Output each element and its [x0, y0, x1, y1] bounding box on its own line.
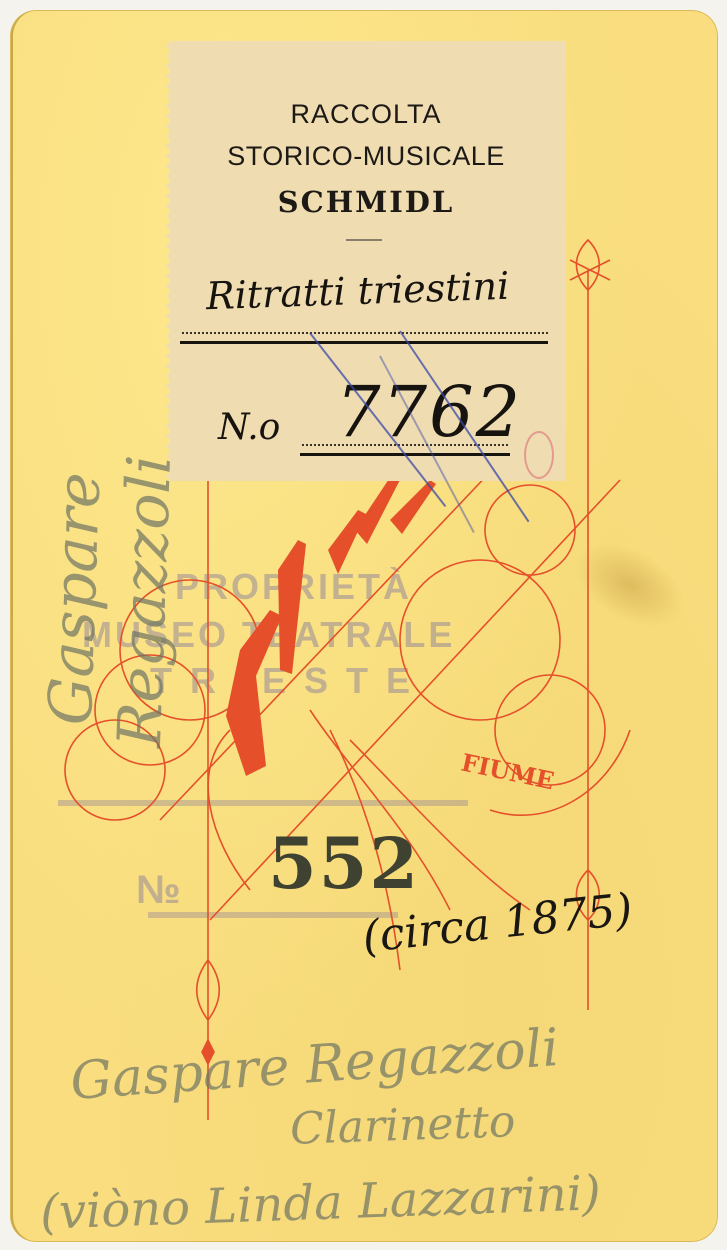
- series-dotted-rule: [182, 332, 548, 334]
- label-number-prefix: N.o: [218, 407, 280, 448]
- pencil-instrument: Clarinetto: [289, 1096, 516, 1155]
- label-line1: RACCOLTA: [166, 99, 566, 130]
- imprint-city: FIUME: [459, 748, 557, 796]
- pink-mark: [524, 431, 554, 479]
- collection-label: RACCOLTA STORICO-MUSICALE SCHMIDL Ritrat…: [166, 41, 566, 481]
- vertical-pencil-name: Gaspare Regazzoli: [31, 348, 188, 853]
- label-line2: STORICO-MUSICALE: [166, 141, 566, 172]
- series-solid-rule: [180, 341, 548, 344]
- label-series: Ritratti triestini: [205, 264, 510, 319]
- label-line3: SCHMIDL: [166, 185, 566, 219]
- imprint-number: 552: [268, 822, 420, 905]
- label-dash: [346, 239, 382, 241]
- label-number-value: 7762: [336, 371, 522, 453]
- photo-card-back: PROPRIETÀ MUSEO TEATRALE TRIESTE №: [10, 10, 718, 1242]
